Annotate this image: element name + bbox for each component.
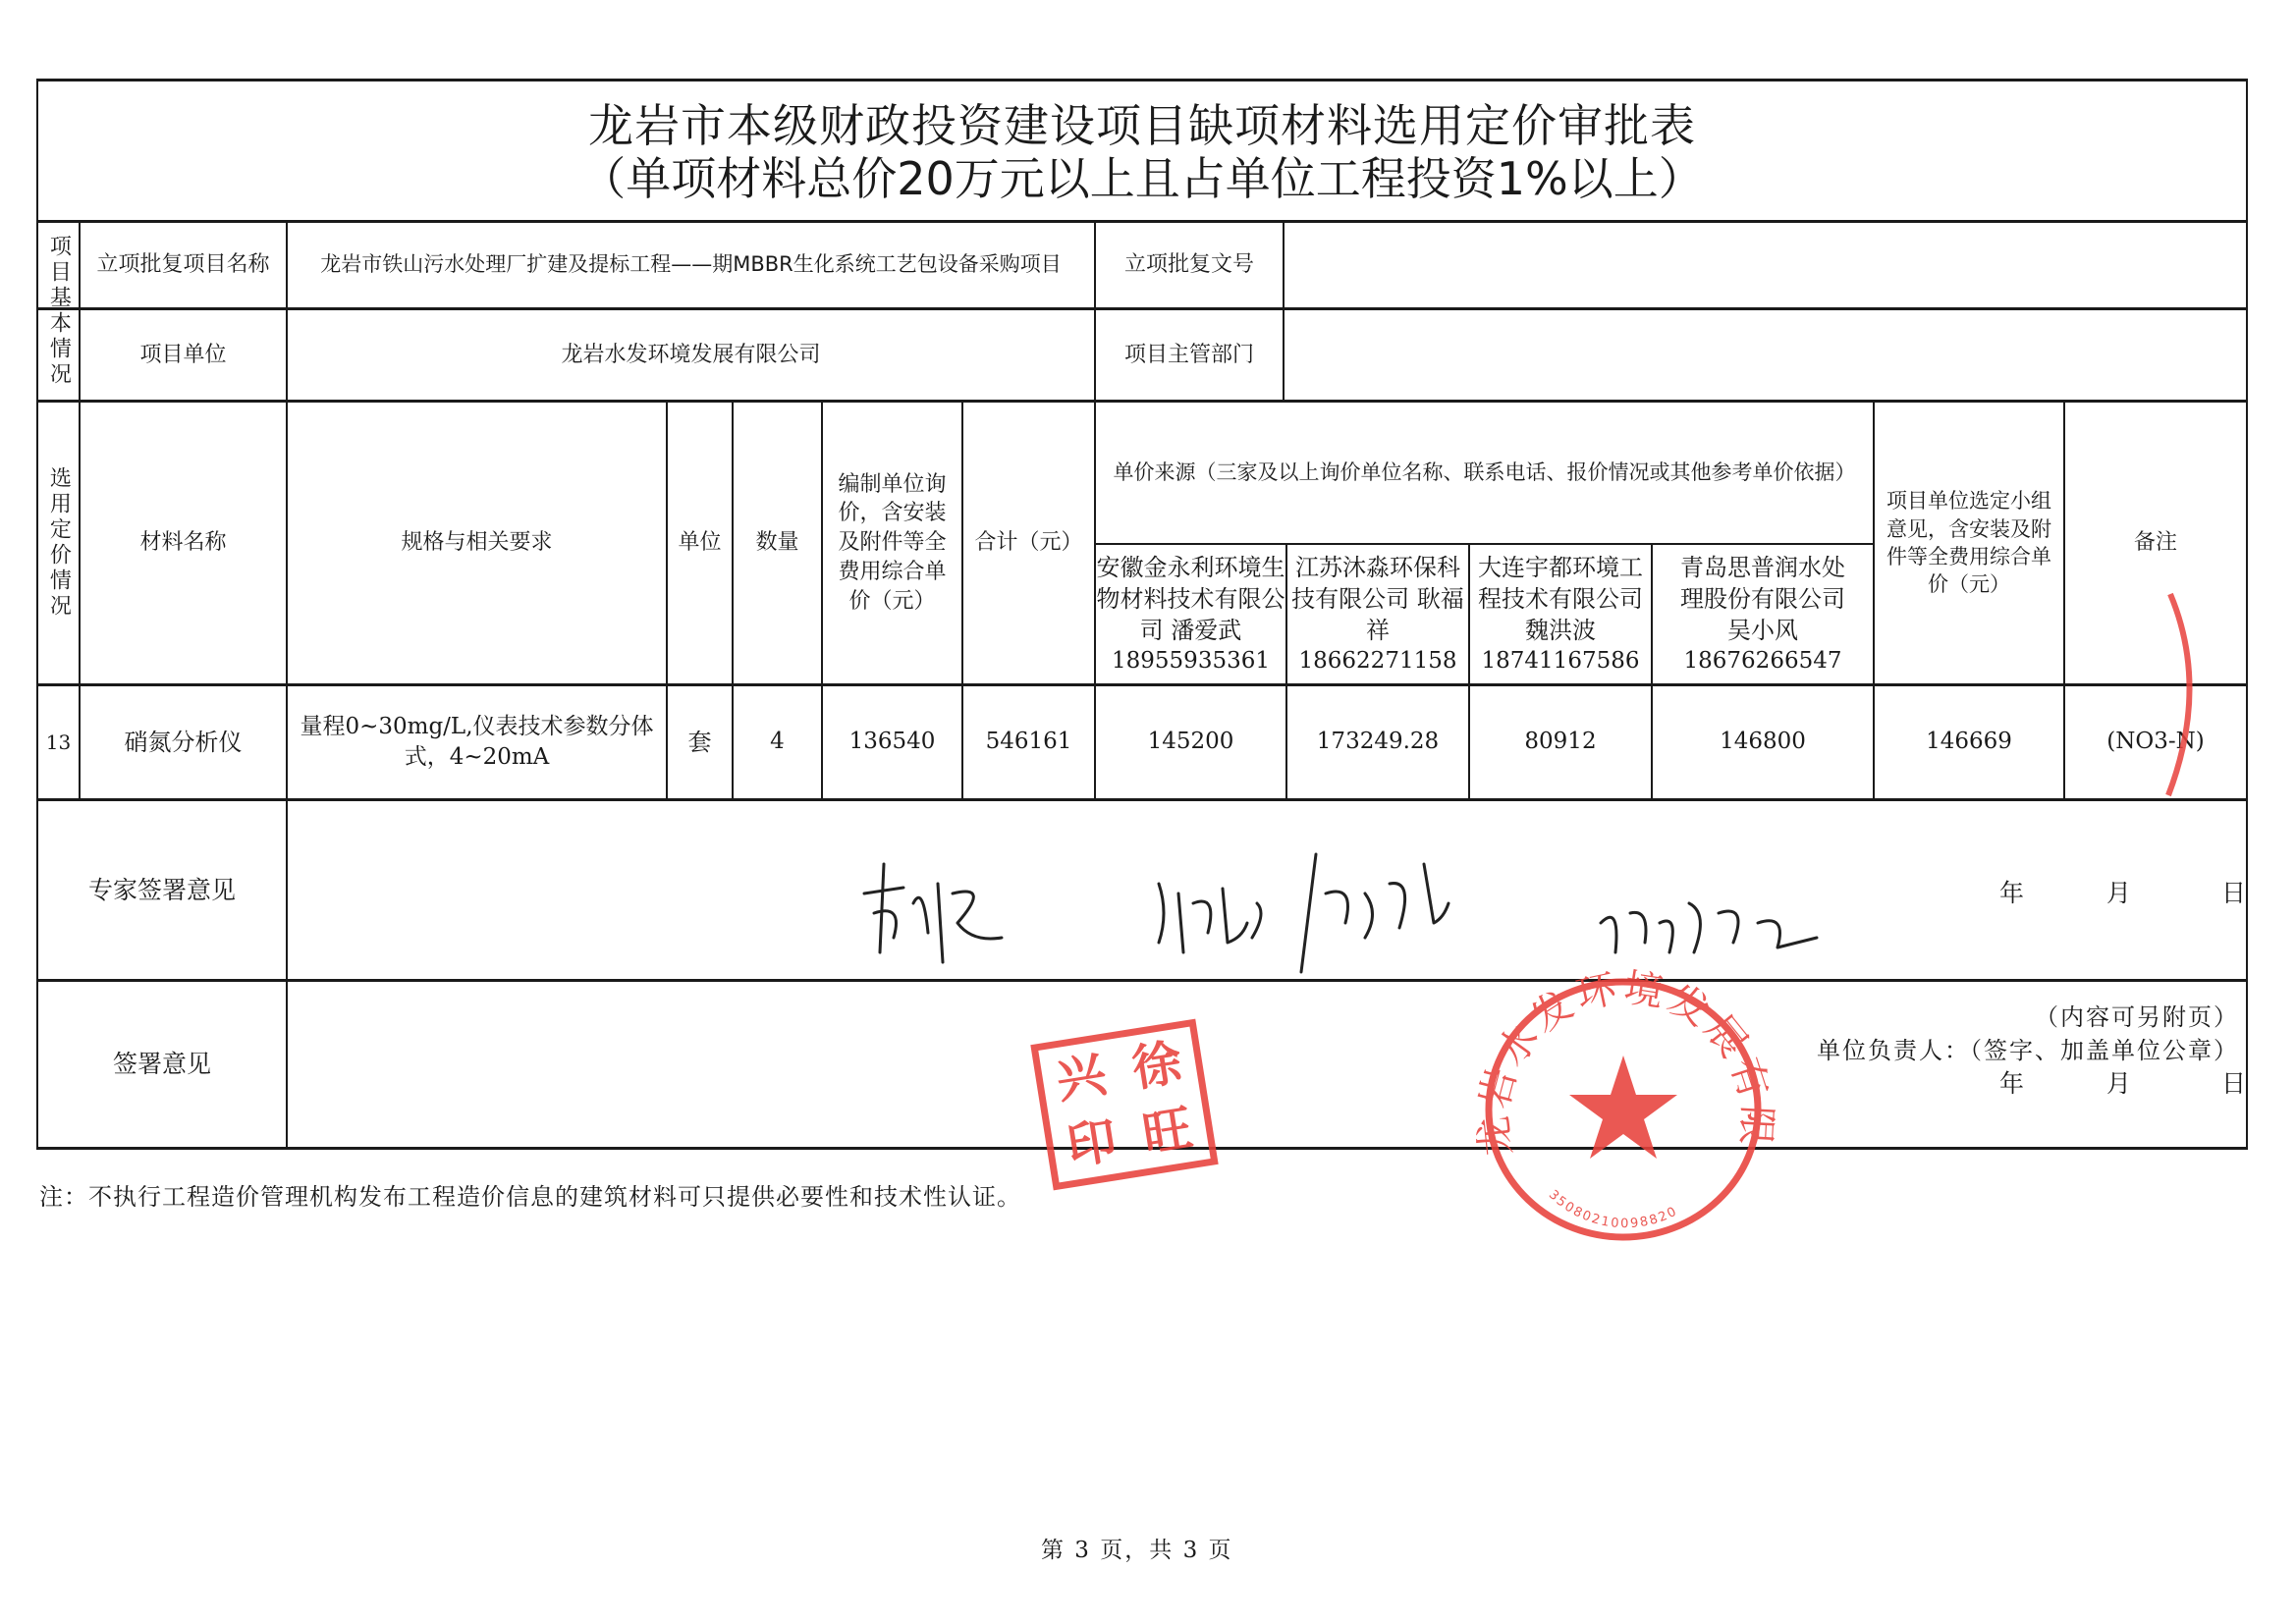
sign-date-month: 月 <box>2106 1064 2131 1100</box>
personal-seal-stamp: 徐 兴 旺 印 <box>1030 1019 1218 1191</box>
sign-responsible: 单位负责人：（签字、加盖单位公章） <box>1817 1031 2239 1065</box>
dept-value <box>1285 310 2246 400</box>
approval-name-value: 龙岩市铁山污水处理厂扩建及提标工程——期MBBR生化系统工艺包设备采购项目 <box>288 222 1094 307</box>
row-quote-2: 173249.28 <box>1287 686 1468 798</box>
seal-char-4: 印 <box>1049 1105 1135 1182</box>
header-material-name: 材料名称 <box>81 403 286 683</box>
supplier-3-phone: 18741167586 <box>1482 646 1640 676</box>
supplier-4: 青岛思普润水处理股份有限公司吴小风 18676266547 <box>1653 546 1873 683</box>
supplier-3-name: 大连宇都环境工程技术有限公司魏洪波 <box>1470 553 1651 646</box>
partial-seal-arc <box>2151 589 2229 805</box>
expert-date-year: 年 <box>1999 874 2024 909</box>
header-selected-price: 项目单位选定小组意见，含安装及附件等全费用综合单价（元） <box>1875 403 2063 683</box>
footer-note: 注：不执行工程造价管理机构发布工程造价信息的建筑材料可只提供必要性和技术性认证。 <box>39 1177 1021 1212</box>
supplier-4-phone: 18676266547 <box>1684 646 1842 676</box>
header-unit: 单位 <box>668 403 732 683</box>
dept-label: 项目主管部门 <box>1096 310 1283 400</box>
header-compiler-price: 编制单位询价，含安装及附件等全费用综合单价（元） <box>823 403 961 683</box>
seal-char-1: 徐 <box>1114 1027 1200 1105</box>
row-line-source-split <box>1094 543 1873 545</box>
form-subtitle: （单项材料总价20万元以上且占单位工程投资1%以上） <box>36 149 2248 208</box>
approval-name-label: 立项批复项目名称 <box>81 222 286 307</box>
row-selected-price: 146669 <box>1875 686 2063 798</box>
supplier-1-name: 安徽金永利环境生物材料技术有限公司 潘爱武 <box>1096 553 1285 646</box>
table-border-top <box>36 79 2248 81</box>
row-total: 546161 <box>963 686 1094 798</box>
row-material-name: 硝氮分析仪 <box>81 686 286 798</box>
supplier-2-name: 江苏沐淼环保科技有限公司 耿福祥 <box>1287 553 1468 646</box>
company-seal-stamp: 龙岩水发环境发展有限公司 3508021009​8820 <box>1453 957 1787 1272</box>
supplier-2-phone: 18662271158 <box>1299 646 1457 676</box>
header-price-source: 单价来源（三家及以上询价单位名称、联系电话、报价情况或其他参考单价依据） <box>1096 403 1873 543</box>
sign-opinion-label: 签署意见 <box>38 982 286 1147</box>
supplier-2: 江苏沐淼环保科技有限公司 耿福祥 18662271158 <box>1287 546 1468 683</box>
form-title: 龙岩市本级财政投资建设项目缺项材料选用定价审批表 <box>36 96 2248 155</box>
row-quote-4: 146800 <box>1653 686 1873 798</box>
sign-attach-note: （内容可另附页） <box>2035 998 2239 1032</box>
table-border-right <box>2246 79 2248 1149</box>
basic-info-section-label: 项目基本情况 <box>38 222 79 400</box>
approval-doc-label: 立项批复文号 <box>1096 222 1283 307</box>
row-index: 13 <box>38 686 79 798</box>
row-quote-3: 80912 <box>1470 686 1651 798</box>
supplier-1: 安徽金永利环境生物材料技术有限公司 潘爱武 18955935361 <box>1096 546 1285 683</box>
sign-date-year: 年 <box>1999 1064 2024 1100</box>
expert-opinion-label: 专家签署意见 <box>38 801 286 979</box>
header-quantity: 数量 <box>734 403 821 683</box>
page-indicator: 第 3 页，共 3 页 <box>1041 1532 1233 1564</box>
supplier-3: 大连宇都环境工程技术有限公司魏洪波 18741167586 <box>1470 546 1651 683</box>
pricing-section-label: 选用定价情况 <box>38 403 79 683</box>
approval-doc-value <box>1285 222 2246 307</box>
seal-char-3: 旺 <box>1124 1093 1211 1170</box>
row-spec: 量程0~30mg/L,仪表技术参数分体式，4~20mA <box>288 686 666 798</box>
row-quantity: 4 <box>734 686 821 798</box>
row-unit: 套 <box>668 686 732 798</box>
expert-date-month: 月 <box>2106 874 2131 909</box>
sign-date-day: 日 <box>2221 1064 2246 1100</box>
header-spec: 规格与相关要求 <box>288 403 666 683</box>
seal-char-2: 兴 <box>1038 1039 1124 1116</box>
project-unit-label: 项目单位 <box>81 310 286 400</box>
row-compiler-price: 136540 <box>823 686 961 798</box>
header-total: 合计（元） <box>963 403 1094 683</box>
project-unit-value: 龙岩水发环境发展有限公司 <box>288 310 1094 400</box>
supplier-1-phone: 18955935361 <box>1112 646 1270 676</box>
supplier-4-name: 青岛思普润水处理股份有限公司吴小风 <box>1672 553 1853 646</box>
row-quote-1: 145200 <box>1096 686 1285 798</box>
expert-date-day: 日 <box>2221 874 2246 909</box>
